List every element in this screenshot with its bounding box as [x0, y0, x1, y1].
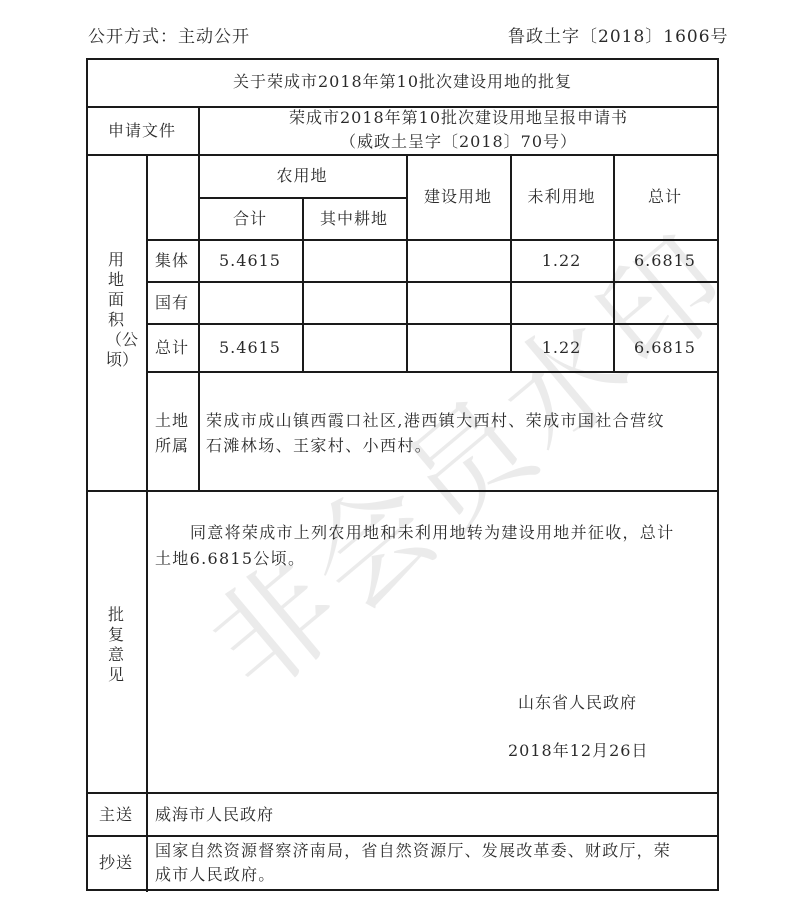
- approval-date: 2018年12月26日: [508, 740, 648, 762]
- land-owner-value: 石滩林场、王家村、小西村。: [206, 435, 432, 457]
- table-border-left: [86, 58, 88, 891]
- table-border-right: [717, 58, 719, 891]
- cc-value: 国家自然资源督察济南局，省自然资源厅、发展改革委、财政厅，荣: [155, 840, 671, 862]
- table-title: 关于荣成市2018年第10批次建设用地的批复: [86, 71, 719, 93]
- cc-value: 成市人民政府。: [155, 864, 275, 886]
- cell-unused: 1.22: [510, 250, 613, 272]
- application-label: 申请文件: [86, 120, 198, 142]
- cell-farmland-total: 5.4615: [198, 337, 302, 359]
- land-owner-label: 土地: [146, 410, 198, 432]
- cell-farmland-total: 5.4615: [198, 250, 302, 272]
- col-total: 总计: [613, 186, 717, 208]
- cell-unused: 1.22: [510, 337, 613, 359]
- land-owner-label: 所属: [146, 435, 198, 457]
- main-recipient-value: 威海市人民政府: [155, 804, 274, 826]
- divider: [86, 835, 719, 837]
- cc-label: 抄送: [86, 852, 146, 874]
- approval-text: 同意将荣成市上列农用地和未利用地转为建设用地并征收，总计: [190, 522, 674, 544]
- table-border-top: [86, 58, 719, 60]
- col-unused: 未利用地: [510, 186, 613, 208]
- divider: [86, 154, 719, 156]
- divider: [146, 323, 719, 325]
- main-recipient-label: 主送: [86, 804, 146, 826]
- row-label: 总计: [146, 337, 198, 359]
- approval-text: 土地6.6815公顷。: [155, 548, 305, 570]
- divider: [146, 239, 719, 241]
- table-border-bottom: [86, 889, 719, 891]
- document-number: 鲁政土字〔2018〕1606号: [508, 26, 729, 48]
- cell-total: 6.6815: [613, 250, 717, 272]
- col-construction: 建设用地: [406, 186, 510, 208]
- divider: [146, 371, 719, 373]
- divider: [86, 792, 719, 794]
- approval-label: 批复意见: [106, 605, 126, 685]
- application-doc-name: 荣成市2018年第10批次建设用地呈报申请书: [198, 107, 719, 129]
- col-farmland: 农用地: [198, 165, 406, 187]
- approval-issuer: 山东省人民政府: [518, 692, 637, 714]
- col-farmland-cultivated: 其中耕地: [302, 208, 406, 230]
- row-label: 国有: [146, 292, 198, 314]
- disclosure-method: 公开方式：主动公开: [88, 26, 250, 48]
- row-label: 集体: [146, 250, 198, 272]
- cell-total: 6.6815: [613, 337, 717, 359]
- divider: [146, 281, 719, 283]
- land-owner-value: 荣成市成山镇西霞口社区,港西镇大西村、荣成市国社合营纹: [206, 410, 665, 432]
- divider: [198, 371, 200, 492]
- area-section-label: 用地面积（公顷）: [106, 250, 126, 370]
- divider: [86, 490, 719, 492]
- col-farmland-total: 合计: [198, 208, 302, 230]
- application-doc-number: （威政土呈字〔2018〕70号）: [198, 131, 719, 153]
